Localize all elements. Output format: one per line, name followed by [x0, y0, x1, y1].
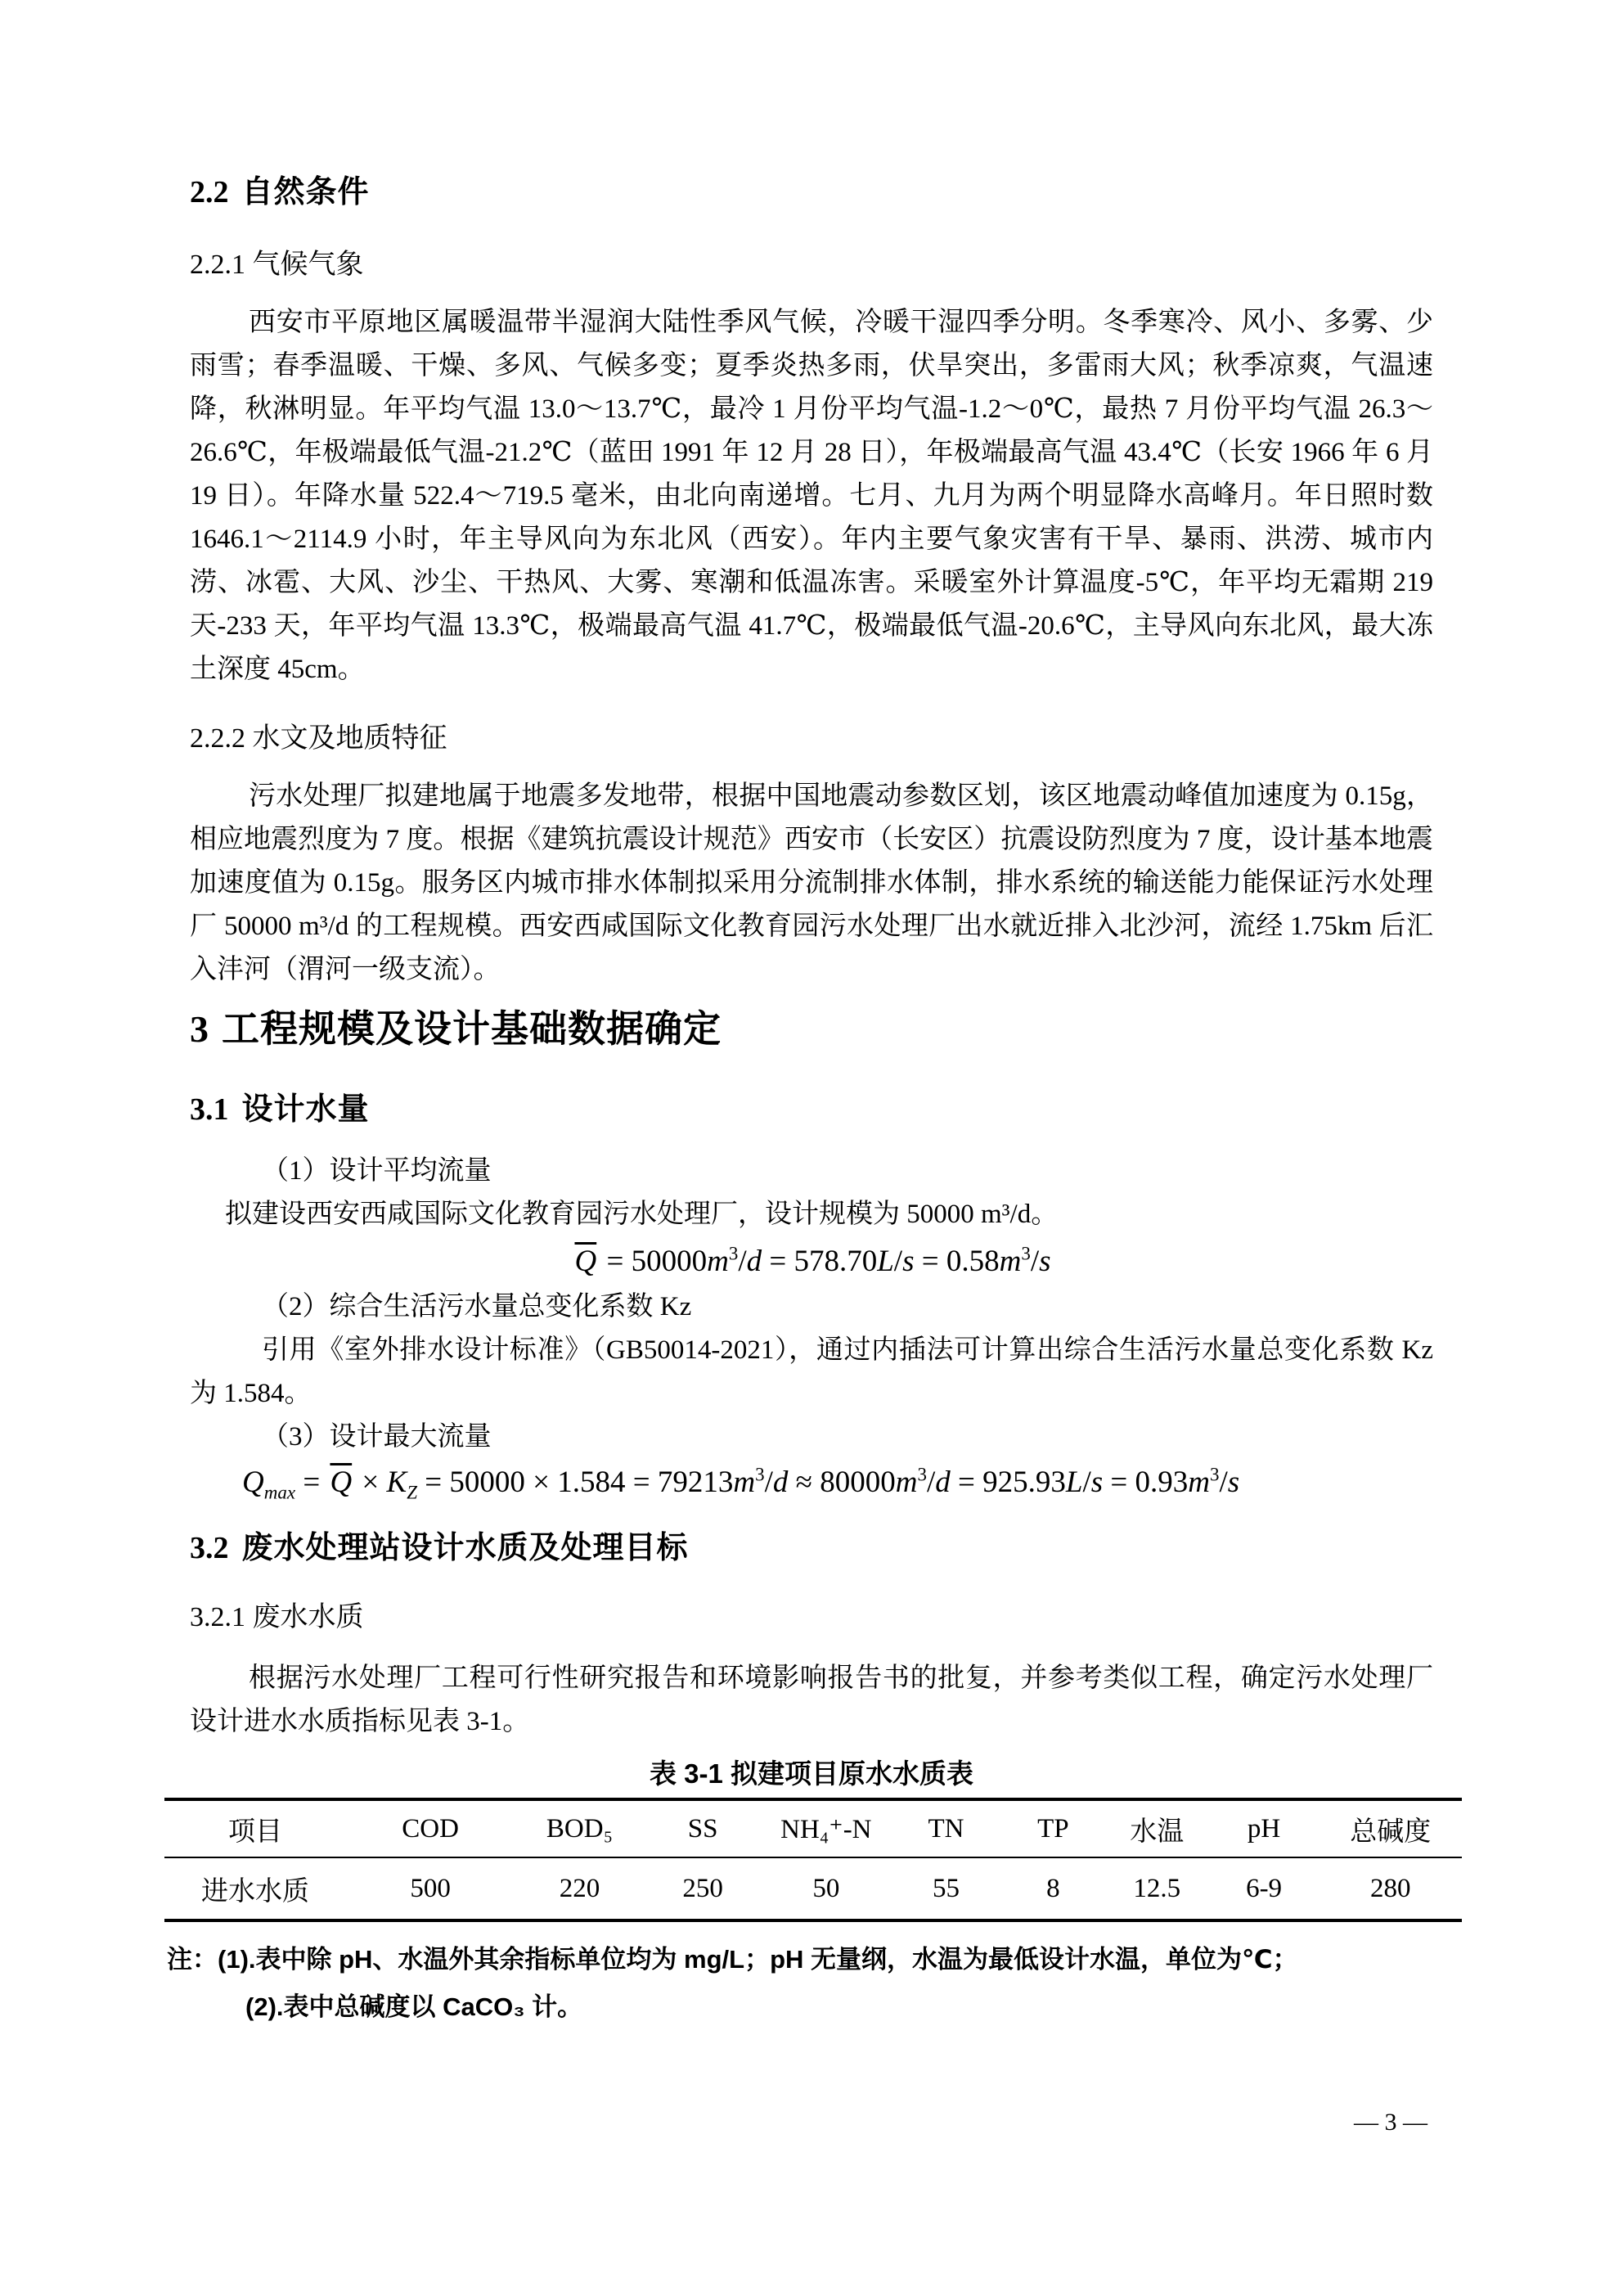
climate-paragraph: 西安市平原地区属暖温带半湿润大陆性季风气候，冷暖干湿四季分明。冬季寒冷、风小、多… — [190, 301, 1433, 691]
table-header-cell: COD — [346, 1799, 515, 1857]
table-header-row: 项目 COD BOD₅ SS NH₄⁺-N TN TP 水温 pH 总碱度 — [164, 1799, 1462, 1857]
page-number: — 3 — — [1354, 2108, 1427, 2137]
heading-text: 废水处理站设计水质及处理目标 — [242, 1531, 689, 1565]
document-page: 2.2自然条件 2.2.1 气候气象 西安市平原地区属暖温带半湿润大陆性季风气候… — [0, 0, 1623, 2296]
table-data-cell: 55 — [891, 1857, 1001, 1920]
content-area: 2.2自然条件 2.2.1 气候气象 西安市平原地区属暖温带半湿润大陆性季风气候… — [190, 0, 1433, 2030]
table-row: 进水水质 500 220 250 50 55 8 12.5 6-9 280 — [164, 1857, 1462, 1920]
design-flow-item-1: （1）设计平均流量 — [190, 1150, 1433, 1193]
table-header-cell: SS — [645, 1799, 762, 1857]
heading-number: 3 — [190, 1008, 209, 1050]
section-heading-3-1: 3.1设计水量 — [190, 1091, 1433, 1128]
heading-text: 设计水量 — [242, 1092, 370, 1127]
section-heading-2-2-2: 2.2.2 水文及地质特征 — [190, 721, 1433, 757]
section-heading-3-2: 3.2废水处理站设计水质及处理目标 — [190, 1529, 1433, 1567]
table-data-cell: 220 — [515, 1857, 645, 1920]
table-data-cell: 进水水质 — [164, 1857, 346, 1920]
kz-reference-paragraph: 引用《室外排水设计标准》（GB50014-2021），通过内插法可计算出综合生活… — [190, 1329, 1433, 1416]
table-data-cell: 6-9 — [1209, 1857, 1320, 1920]
table-header-cell: BOD₅ — [515, 1799, 645, 1857]
table-header-cell: 总碱度 — [1319, 1799, 1462, 1857]
table-data-cell: 280 — [1319, 1857, 1462, 1920]
average-flow-formula: Q = 50000m3/d = 578.70L/s = 0.58m3/s — [190, 1238, 1433, 1285]
heading-number: 3.1 — [190, 1092, 229, 1127]
table-3-1-caption: 表 3-1 拟建项目原水水质表 — [190, 1757, 1433, 1791]
chapter-heading-3: 3工程规模及设计基础数据确定 — [190, 1005, 1433, 1053]
table-header-cell: TN — [891, 1799, 1001, 1857]
table-data-cell: 12.5 — [1105, 1857, 1209, 1920]
table-data-cell: 50 — [762, 1857, 892, 1920]
heading-text: 自然条件 — [242, 175, 370, 209]
heading-number: 3.2 — [190, 1531, 229, 1565]
section-heading-3-2-1: 3.2.1 废水水质 — [190, 1600, 1433, 1636]
heading-number: 2.2 — [190, 175, 229, 209]
design-flow-item-2: （2）综合生活污水量总变化系数 Kz — [190, 1285, 1433, 1329]
water-quality-paragraph: 根据污水处理厂工程可行性研究报告和环境影响报告书的批复，并参考类似工程，确定污水… — [190, 1657, 1433, 1744]
heading-text: 工程规模及设计基础数据确定 — [222, 1007, 722, 1050]
design-scale-paragraph: 拟建设西安西咸国际文化教育园污水处理厂，设计规模为 50000 m³/d。 — [190, 1193, 1433, 1236]
hydrogeology-paragraph: 污水处理厂拟建地属于地震多发地带，根据中国地震动参数区划，该区地震动峰值加速度为… — [190, 775, 1433, 992]
table-data-cell: 250 — [645, 1857, 762, 1920]
table-3-1: 项目 COD BOD₅ SS NH₄⁺-N TN TP 水温 pH 总碱度 进水… — [164, 1798, 1462, 1922]
max-flow-formula: Qmax = Q × KZ = 50000 × 1.584 = 79213m3/… — [190, 1459, 1433, 1506]
table-note-2: (2).表中总碱度以 CaCO₃ 计。 — [167, 1984, 1433, 2030]
table-header-cell: pH — [1209, 1799, 1320, 1857]
table-data-cell: 8 — [1001, 1857, 1105, 1920]
table-note-1: 注：(1).表中除 pH、水温外其余指标单位均为 mg/L；pH 无量纲，水温为… — [167, 1935, 1433, 1984]
table-data-cell: 500 — [346, 1857, 515, 1920]
section-heading-2-2-1: 2.2.1 气候气象 — [190, 247, 1433, 283]
section-heading-2-2: 2.2自然条件 — [190, 173, 1433, 211]
table-header-cell: 水温 — [1105, 1799, 1209, 1857]
table-header-cell: 项目 — [164, 1799, 346, 1857]
table-header-cell: TP — [1001, 1799, 1105, 1857]
table-header-cell: NH₄⁺-N — [762, 1799, 892, 1857]
design-flow-item-3: （3）设计最大流量 — [190, 1416, 1433, 1459]
